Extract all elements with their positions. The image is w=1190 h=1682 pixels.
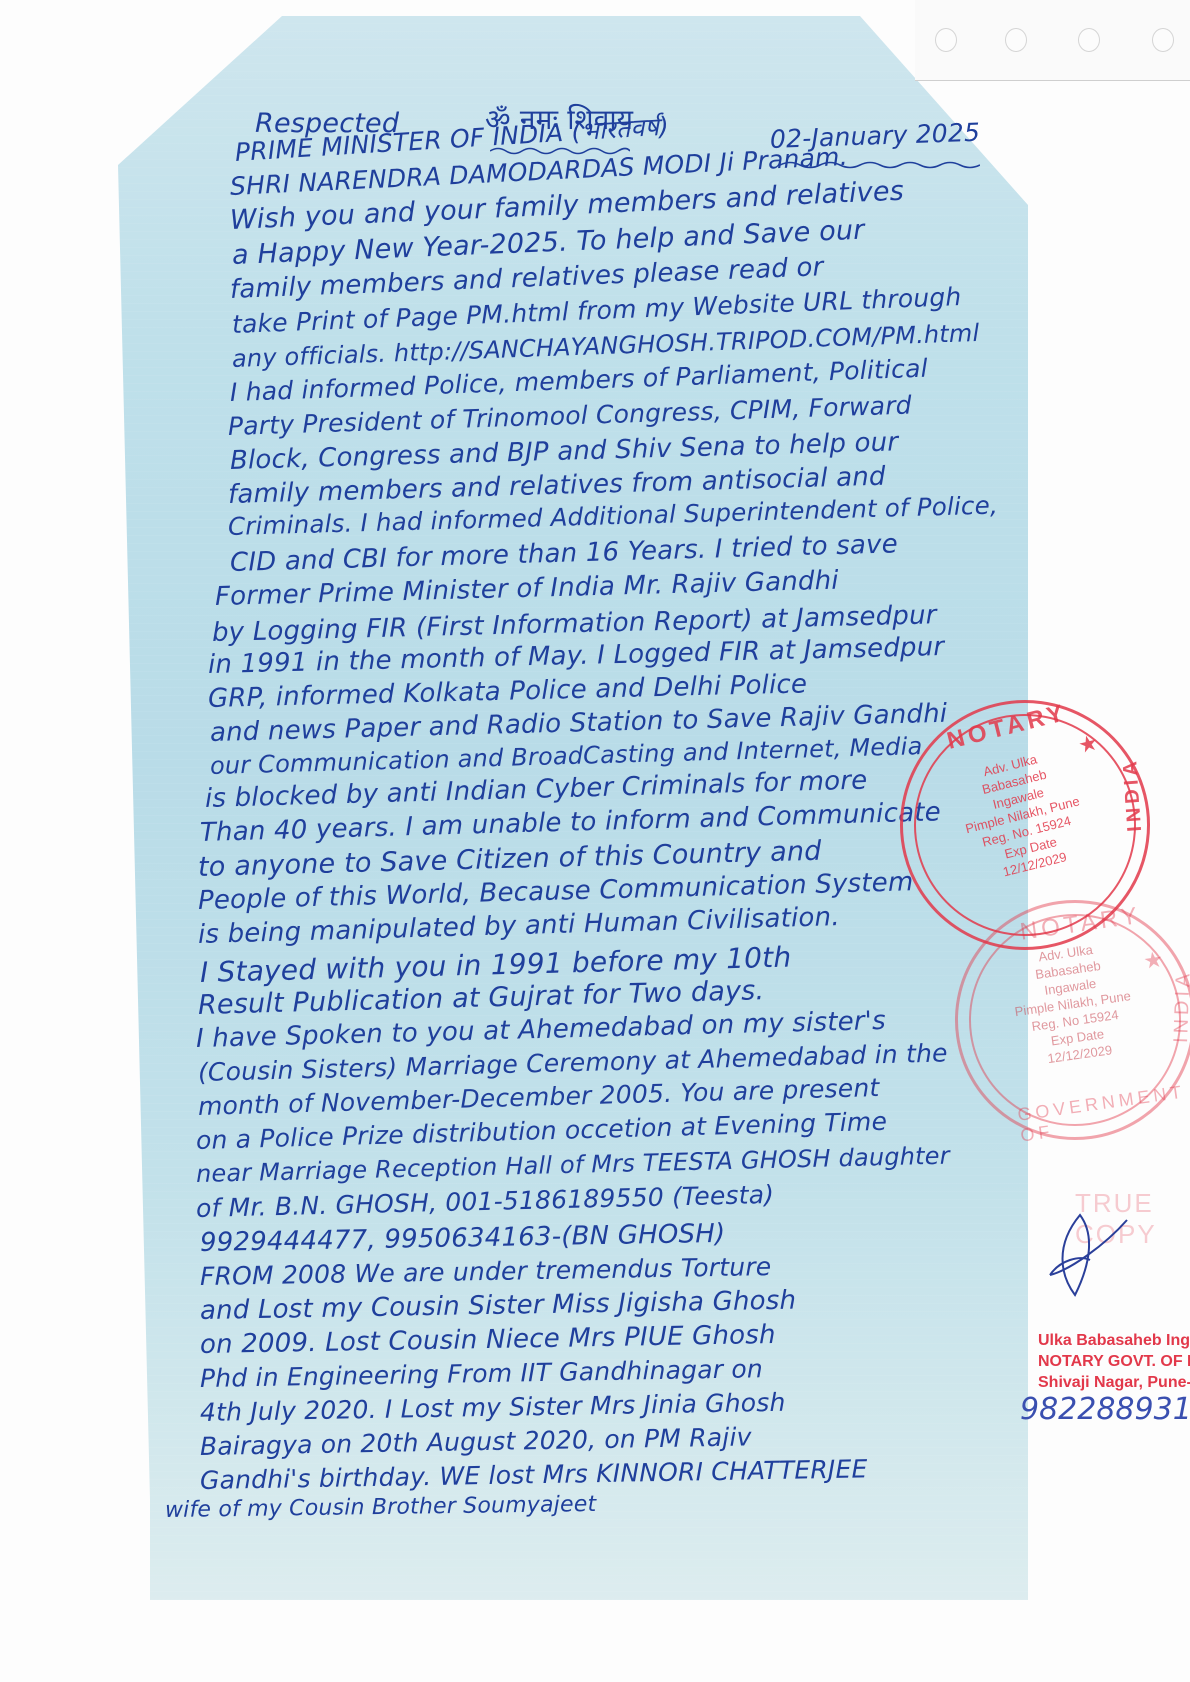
handwritten-phone-number: 9822889318 — [1020, 1392, 1190, 1427]
punch-hole — [1152, 28, 1174, 52]
punch-hole-strip — [915, 0, 1190, 81]
punch-hole — [1005, 28, 1027, 52]
punch-hole — [935, 28, 957, 52]
notary-seal-block: Ulka Babasaheb Ingawale NOTARY GOVT. OF … — [1038, 1330, 1190, 1393]
notary-signature — [1035, 1205, 1135, 1300]
punch-hole — [1078, 28, 1100, 52]
